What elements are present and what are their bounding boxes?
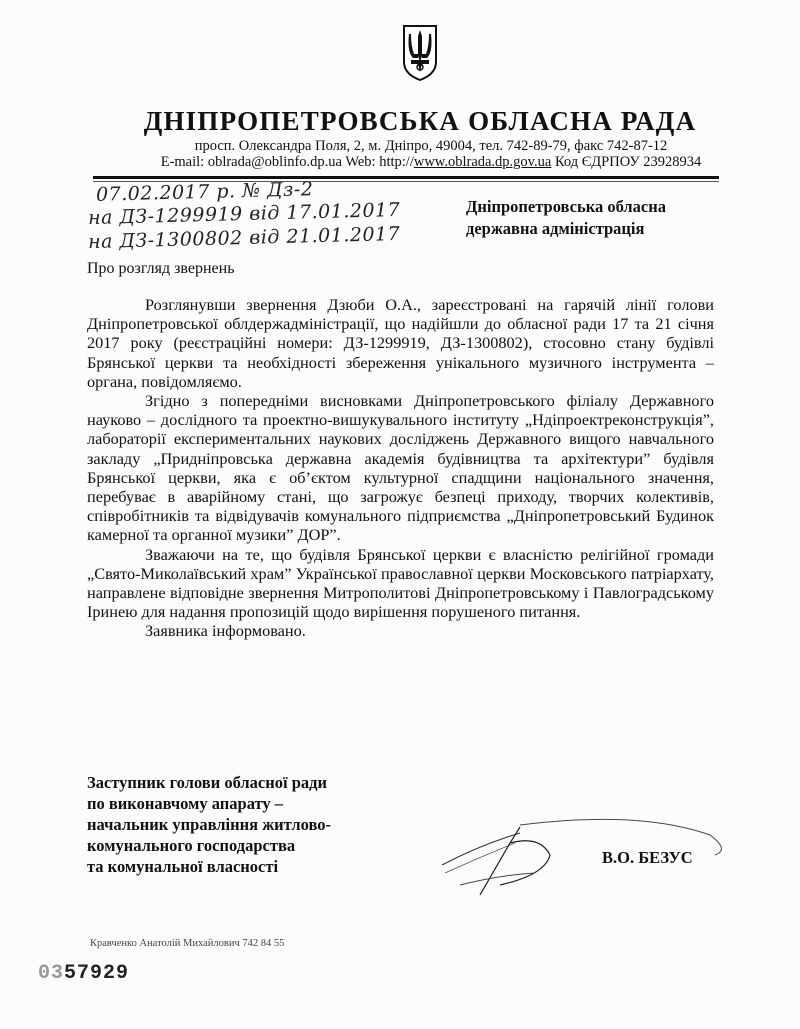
coat-of-arms-icon — [401, 22, 439, 82]
executor-info: Кравченко Анатолій Михайлович 742 84 55 — [90, 938, 284, 949]
letter-subject: Про розгляд звернень — [87, 260, 235, 278]
organization-contacts: E-mail: oblrada@oblinfo.dp.ua Web: http:… — [0, 154, 800, 171]
letter-body: Розглянувши звернення Дзюби О.А., зареєс… — [87, 295, 714, 641]
signatory-position: Заступник голови обласної ради по викона… — [87, 772, 331, 877]
contact-email: E-mail: oblrada@oblinfo.dp.ua Web: http:… — [161, 154, 414, 170]
addressee: Дніпропетровська обласна державна адміні… — [466, 196, 666, 240]
edrpou-code: Код ЄДРПОУ 23928934 — [551, 154, 701, 170]
body-paragraph: Розглянувши звернення Дзюби О.А., зареєс… — [87, 295, 714, 391]
position-line: начальник управління житлово- — [87, 814, 331, 835]
website-link[interactable]: www.oblrada.dp.gov.ua — [414, 154, 551, 170]
letterhead-divider — [93, 176, 719, 179]
addressee-line-1: Дніпропетровська обласна — [466, 196, 666, 218]
addressee-line-2: державна адміністрація — [466, 218, 666, 240]
position-line: Заступник голови обласної ради — [87, 772, 331, 793]
body-paragraph: Зважаючи на те, що будівля Брянської цер… — [87, 545, 714, 622]
body-paragraph: Заявника інформовано. — [87, 621, 714, 640]
registration-number-main: 57929 — [64, 962, 129, 985]
registration-number-faint: 03 — [38, 962, 64, 985]
position-line: по виконавчому апарату – — [87, 793, 331, 814]
registration-number: 0357929 — [38, 962, 129, 985]
position-line: комунального господарства — [87, 835, 331, 856]
signatory-name: В.О. БЕЗУС — [602, 848, 693, 868]
organization-title: ДНІПРОПЕТРОВСЬКА ОБЛАСНА РАДА — [0, 106, 800, 137]
body-paragraph: Згідно з попередніми висновками Дніпропе… — [87, 391, 714, 545]
position-line: та комунальної власності — [87, 856, 331, 877]
organization-address: просп. Олександра Поля, 2, м. Дніпро, 49… — [0, 138, 800, 155]
